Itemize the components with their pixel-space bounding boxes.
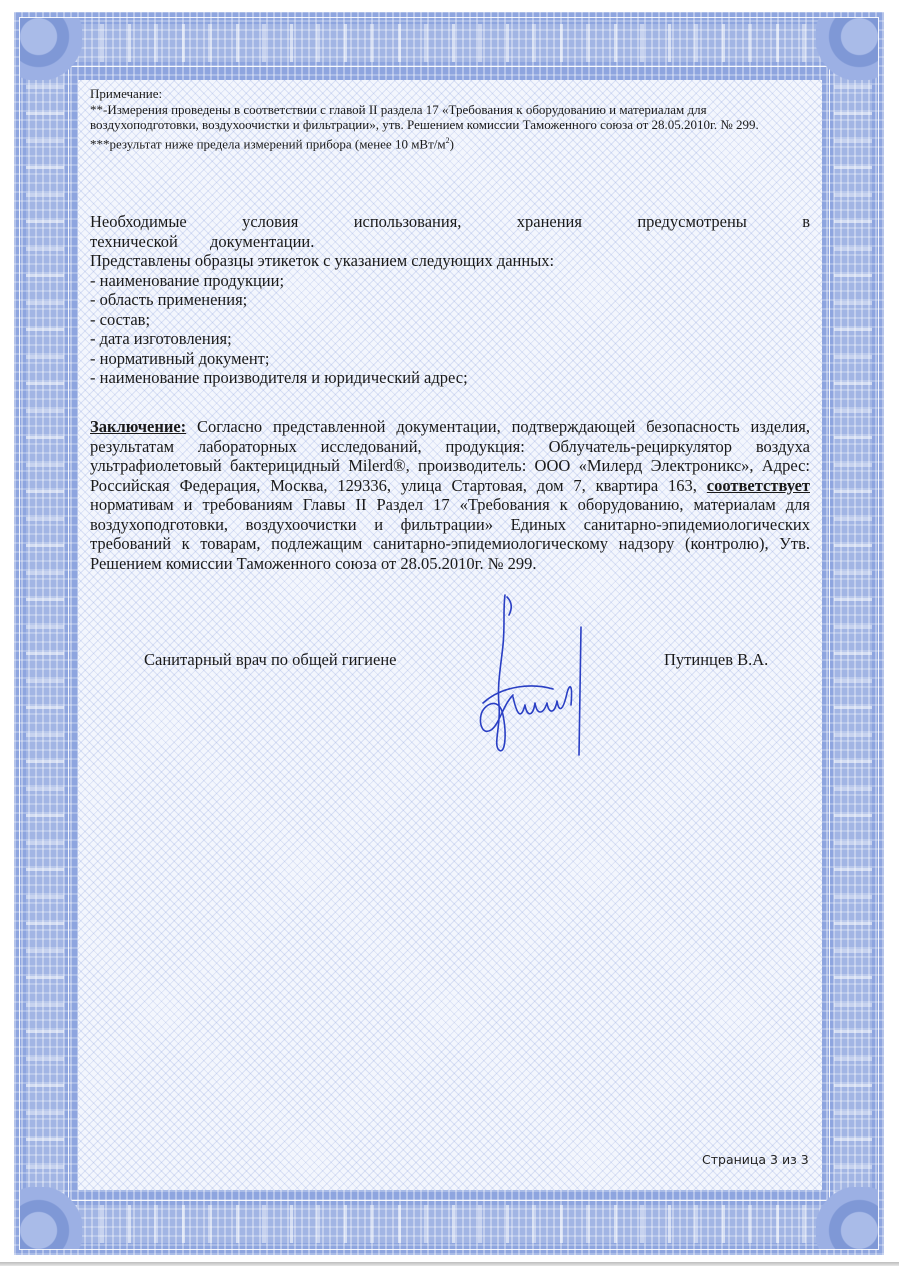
conclusion-text: Согласно представленной документации, по… [90,417,810,495]
label-item: - наименование продукции; [90,271,810,291]
corner-ornament-icon [816,18,878,80]
page-edge-shadow [0,1262,899,1266]
conclusion-text-cont: нормативам и требованиям Главы II Раздел… [90,495,810,573]
conclusion-verdict: соответствует [707,476,810,495]
note-line-1: **-Измерения проведены в соответствии с … [90,102,810,133]
note-section: Примечание: **-Измерения проведены в соо… [90,86,810,151]
conditions-paragraph: Необходимые условия использования, хране… [90,212,810,251]
label-item: - дата изготовления; [90,329,810,349]
label-item: - наименование производителя и юридическ… [90,368,810,388]
note-line-2: ***результат ниже предела измерений приб… [90,133,810,152]
conditions-section: Необходимые условия использования, хране… [90,212,810,388]
corner-ornament-icon [20,18,82,80]
corner-ornament-icon [816,1187,878,1249]
conclusion-section: Заключение: Согласно представленной доку… [90,417,810,573]
label-item: - область применения; [90,290,810,310]
corner-ornament-icon [20,1187,82,1249]
signatory-name: Путинцев В.А. [664,650,768,670]
conclusion-label: Заключение: [90,417,186,436]
label-item: - состав; [90,310,810,330]
labels-intro: Представлены образцы этикеток с указание… [90,251,810,271]
signatory-title: Санитарный врач по общей гигиене [144,650,396,670]
signature-row: Санитарный врач по общей гигиене Путинце… [78,650,822,674]
note-title: Примечание: [90,86,810,102]
label-item: - нормативный документ; [90,349,810,369]
document-body: Примечание: **-Измерения проведены в соо… [78,80,822,1190]
handwritten-signature-icon [463,585,603,765]
page-number: Страница 3 из 3 [702,1152,809,1167]
